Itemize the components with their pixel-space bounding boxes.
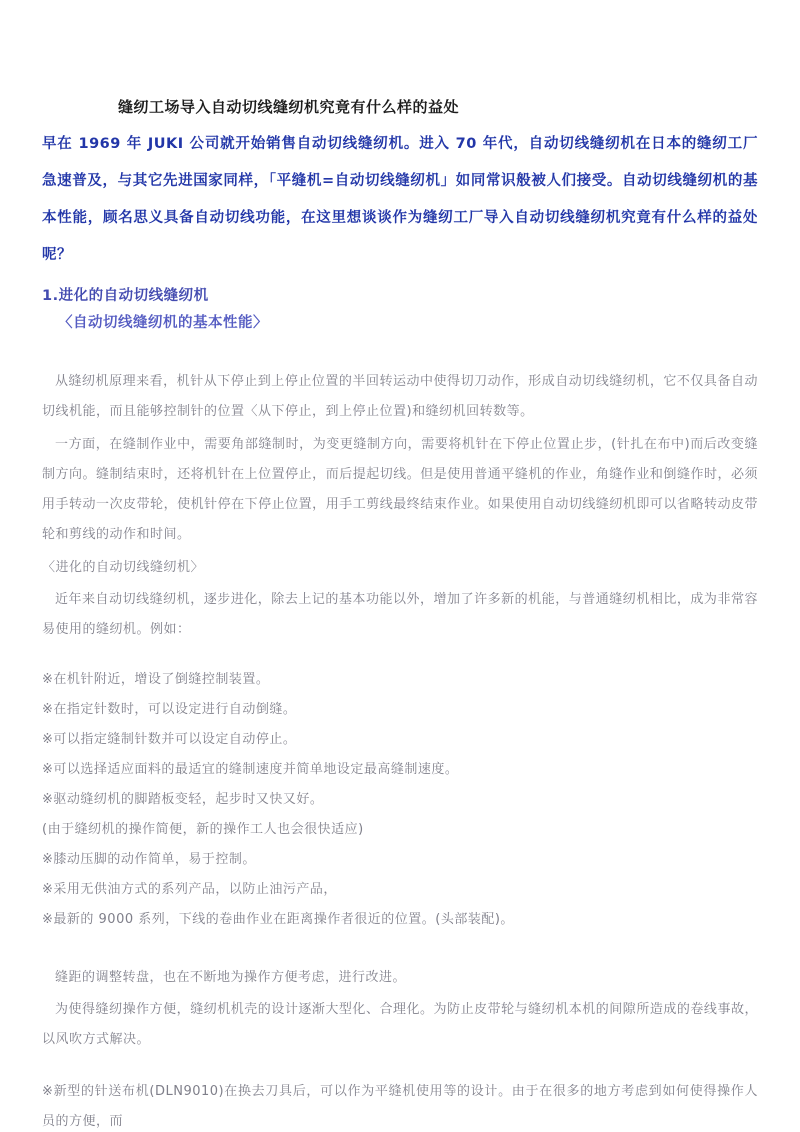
paragraph-evolution: 近年来自动切线缝纫机，逐步进化，除去上记的基本功能以外，增加了许多新的机能，与普… xyxy=(42,585,758,645)
paragraph-operation: 一方面，在缝制作业中，需要角部缝制时，为变更缝制方向，需要将机针在下停止位置止步… xyxy=(42,430,758,550)
feature-item: ※可以指定缝制针数并可以设定自动停止。 xyxy=(42,725,758,755)
paragraph-dial: 缝距的调整转盘，也在不断地为操作方便考虑，进行改进。 xyxy=(42,963,758,993)
feature-item: (由于缝纫机的操作简便，新的操作工人也会很快适应) xyxy=(42,815,758,845)
feature-item: ※膝动压脚的动作简单，易于控制。 xyxy=(42,845,758,875)
paragraph-casing: 为使得缝纫操作方便，缝纫机机壳的设计逐渐大型化、合理化。为防止皮带轮与缝纫机本机… xyxy=(42,995,758,1055)
document-title: 缝纫工场导入自动切线缝纫机究竟有什么样的益处 xyxy=(42,96,758,117)
feature-item: ※在机针附近，增设了倒缝控制装置。 xyxy=(42,665,758,695)
feature-item: ※最新的 9000 系列，下线的卷曲作业在距离操作者很近的位置。(头部装配)。 xyxy=(42,905,758,935)
paragraph-new-model: ※新型的针送布机(DLN9010)在换去刀具后，可以作为平缝机使用等的设计。由于… xyxy=(42,1077,758,1132)
section-subheading: 〈自动切线缝纫机的基本性能〉 xyxy=(58,311,758,332)
feature-item: ※可以选择适应面料的最适宜的缝制速度并简单地设定最高缝制速度。 xyxy=(42,755,758,785)
paragraph-principle: 从缝纫机原理来看，机针从下停止到上停止位置的半回转运动中使得切刀动作，形成自动切… xyxy=(42,367,758,427)
paragraph-evolution-note: 〈进化的自动切线缝纫机〉 xyxy=(42,553,758,583)
document-page: 缝纫工场导入自动切线缝纫机究竟有什么样的益处 早在 1969 年 JUKI 公司… xyxy=(0,0,800,1132)
feature-item: ※驱动缝纫机的脚踏板变轻，起步时又快又好。 xyxy=(42,785,758,815)
feature-item: ※在指定针数时，可以设定进行自动倒缝。 xyxy=(42,695,758,725)
intro-paragraph: 早在 1969 年 JUKI 公司就开始销售自动切线缝纫机。进入 70 年代，自… xyxy=(42,126,758,274)
section-heading: 1.进化的自动切线缝纫机 xyxy=(42,284,758,305)
feature-item: ※采用无供油方式的系列产品，以防止油污产品， xyxy=(42,875,758,905)
document-content: 缝纫工场导入自动切线缝纫机究竟有什么样的益处 早在 1969 年 JUKI 公司… xyxy=(0,0,800,1132)
feature-list: ※在机针附近，增设了倒缝控制装置。 ※在指定针数时，可以设定进行自动倒缝。 ※可… xyxy=(42,665,758,935)
